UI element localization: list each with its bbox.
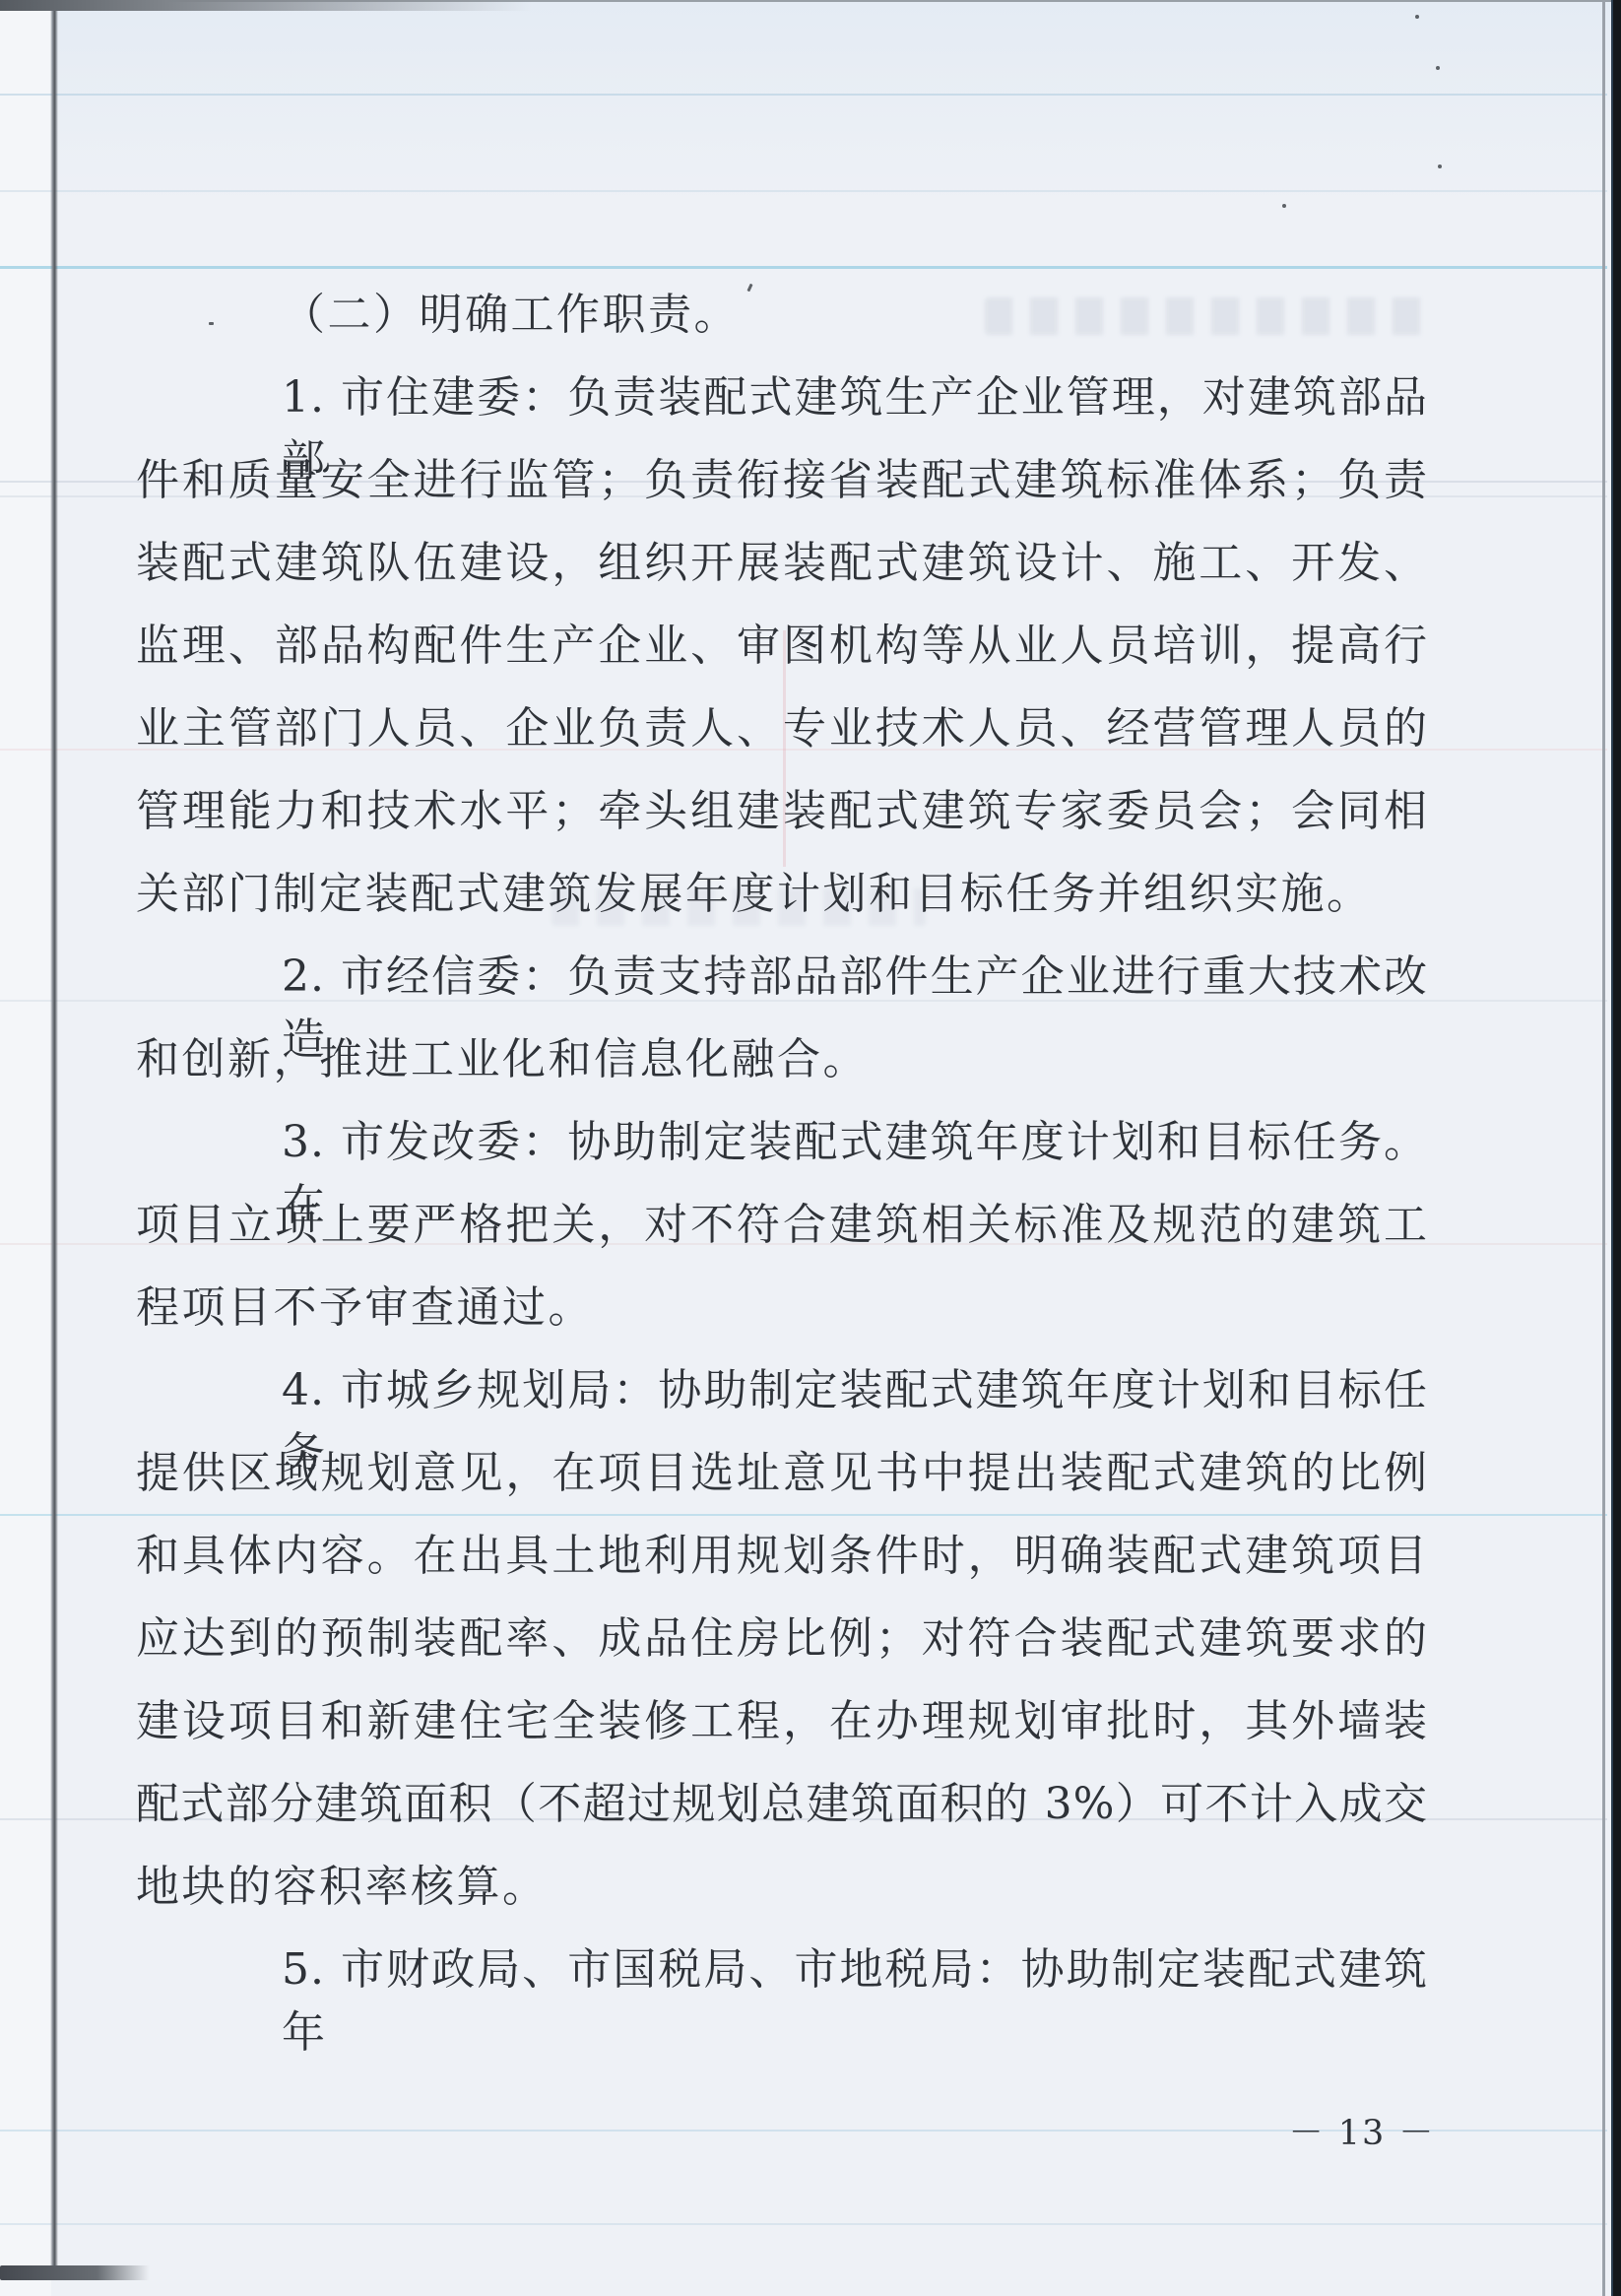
- text-line: 管理能力和技术水平；牵头组建装配式建筑专家委员会；会同相: [136, 780, 1428, 863]
- text-line: 项目立项上要严格把关，对不符合建筑相关标准及规范的建筑工: [136, 1194, 1428, 1277]
- text-line: 和具体内容。在出具土地利用规划条件时，明确装配式建筑项目: [136, 1525, 1428, 1607]
- scan-right-edge-highlight: [1611, 0, 1613, 2296]
- text-layer: （二）明确工作职责。1. 市住建委：负责装配式建筑生产企业管理，对建筑部品部件和…: [136, 0, 1428, 2296]
- text-line: 地块的容积率核算。: [136, 1856, 1428, 1938]
- text-line: 配式部分建筑面积（不超过规划总建筑面积的 3%）可不计入成交: [136, 1773, 1428, 1856]
- text-line: 2. 市经信委：负责支持部品部件生产企业进行重大技术改造: [136, 946, 1428, 1028]
- text-line: 提供区域规划意见，在项目选址意见书中提出装配式建筑的比例: [136, 1442, 1428, 1525]
- page-fold-line: [50, 0, 58, 2267]
- text-line: 业主管部门人员、企业负责人、专业技术人员、经营管理人员的: [136, 697, 1428, 780]
- text-line: 程项目不予审查通过。: [136, 1277, 1428, 1359]
- text-line: 监理、部品构配件生产企业、审图机构等从业人员培训，提高行: [136, 615, 1428, 697]
- scan-speck: [1436, 66, 1440, 70]
- text-line: 3. 市发改委：协助制定装配式建筑年度计划和目标任务。在: [136, 1111, 1428, 1194]
- text-line: 装配式建筑队伍建设，组织开展装配式建筑设计、施工、开发、: [136, 532, 1428, 615]
- text-line: 5. 市财政局、市国税局、市地税局：协助制定装配式建筑年: [136, 1938, 1428, 2021]
- text-line: 4. 市城乡规划局：协助制定装配式建筑年度计划和目标任务，: [136, 1359, 1428, 1442]
- scan-right-line: [1602, 0, 1605, 2296]
- page-number: － 13 －: [1288, 2110, 1436, 2157]
- document-page: （二）明确工作职责。1. 市住建委：负责装配式建筑生产企业管理，对建筑部品部件和…: [0, 0, 1621, 2296]
- text-line: 1. 市住建委：负责装配式建筑生产企业管理，对建筑部品部: [136, 366, 1428, 449]
- scan-top-shadow: [0, 0, 551, 11]
- page-fold-shadow: [0, 2265, 150, 2280]
- text-line: （二）明确工作职责。: [136, 284, 1428, 366]
- text-line: 建设项目和新建住宅全装修工程，在办理规划审批时，其外墙装: [136, 1690, 1428, 1773]
- scan-speck: [1438, 164, 1442, 168]
- text-line: 关部门制定装配式建筑发展年度计划和目标任务并组织实施。: [136, 863, 1428, 946]
- text-line: 应达到的预制装配率、成品住房比例；对符合装配式建筑要求的: [136, 1607, 1428, 1690]
- page-margin-strip: [0, 0, 51, 2296]
- text-line: 件和质量安全进行监管；负责衔接省装配式建筑标准体系；负责: [136, 449, 1428, 532]
- text-line: 和创新，推进工业化和信息化融合。: [136, 1028, 1428, 1111]
